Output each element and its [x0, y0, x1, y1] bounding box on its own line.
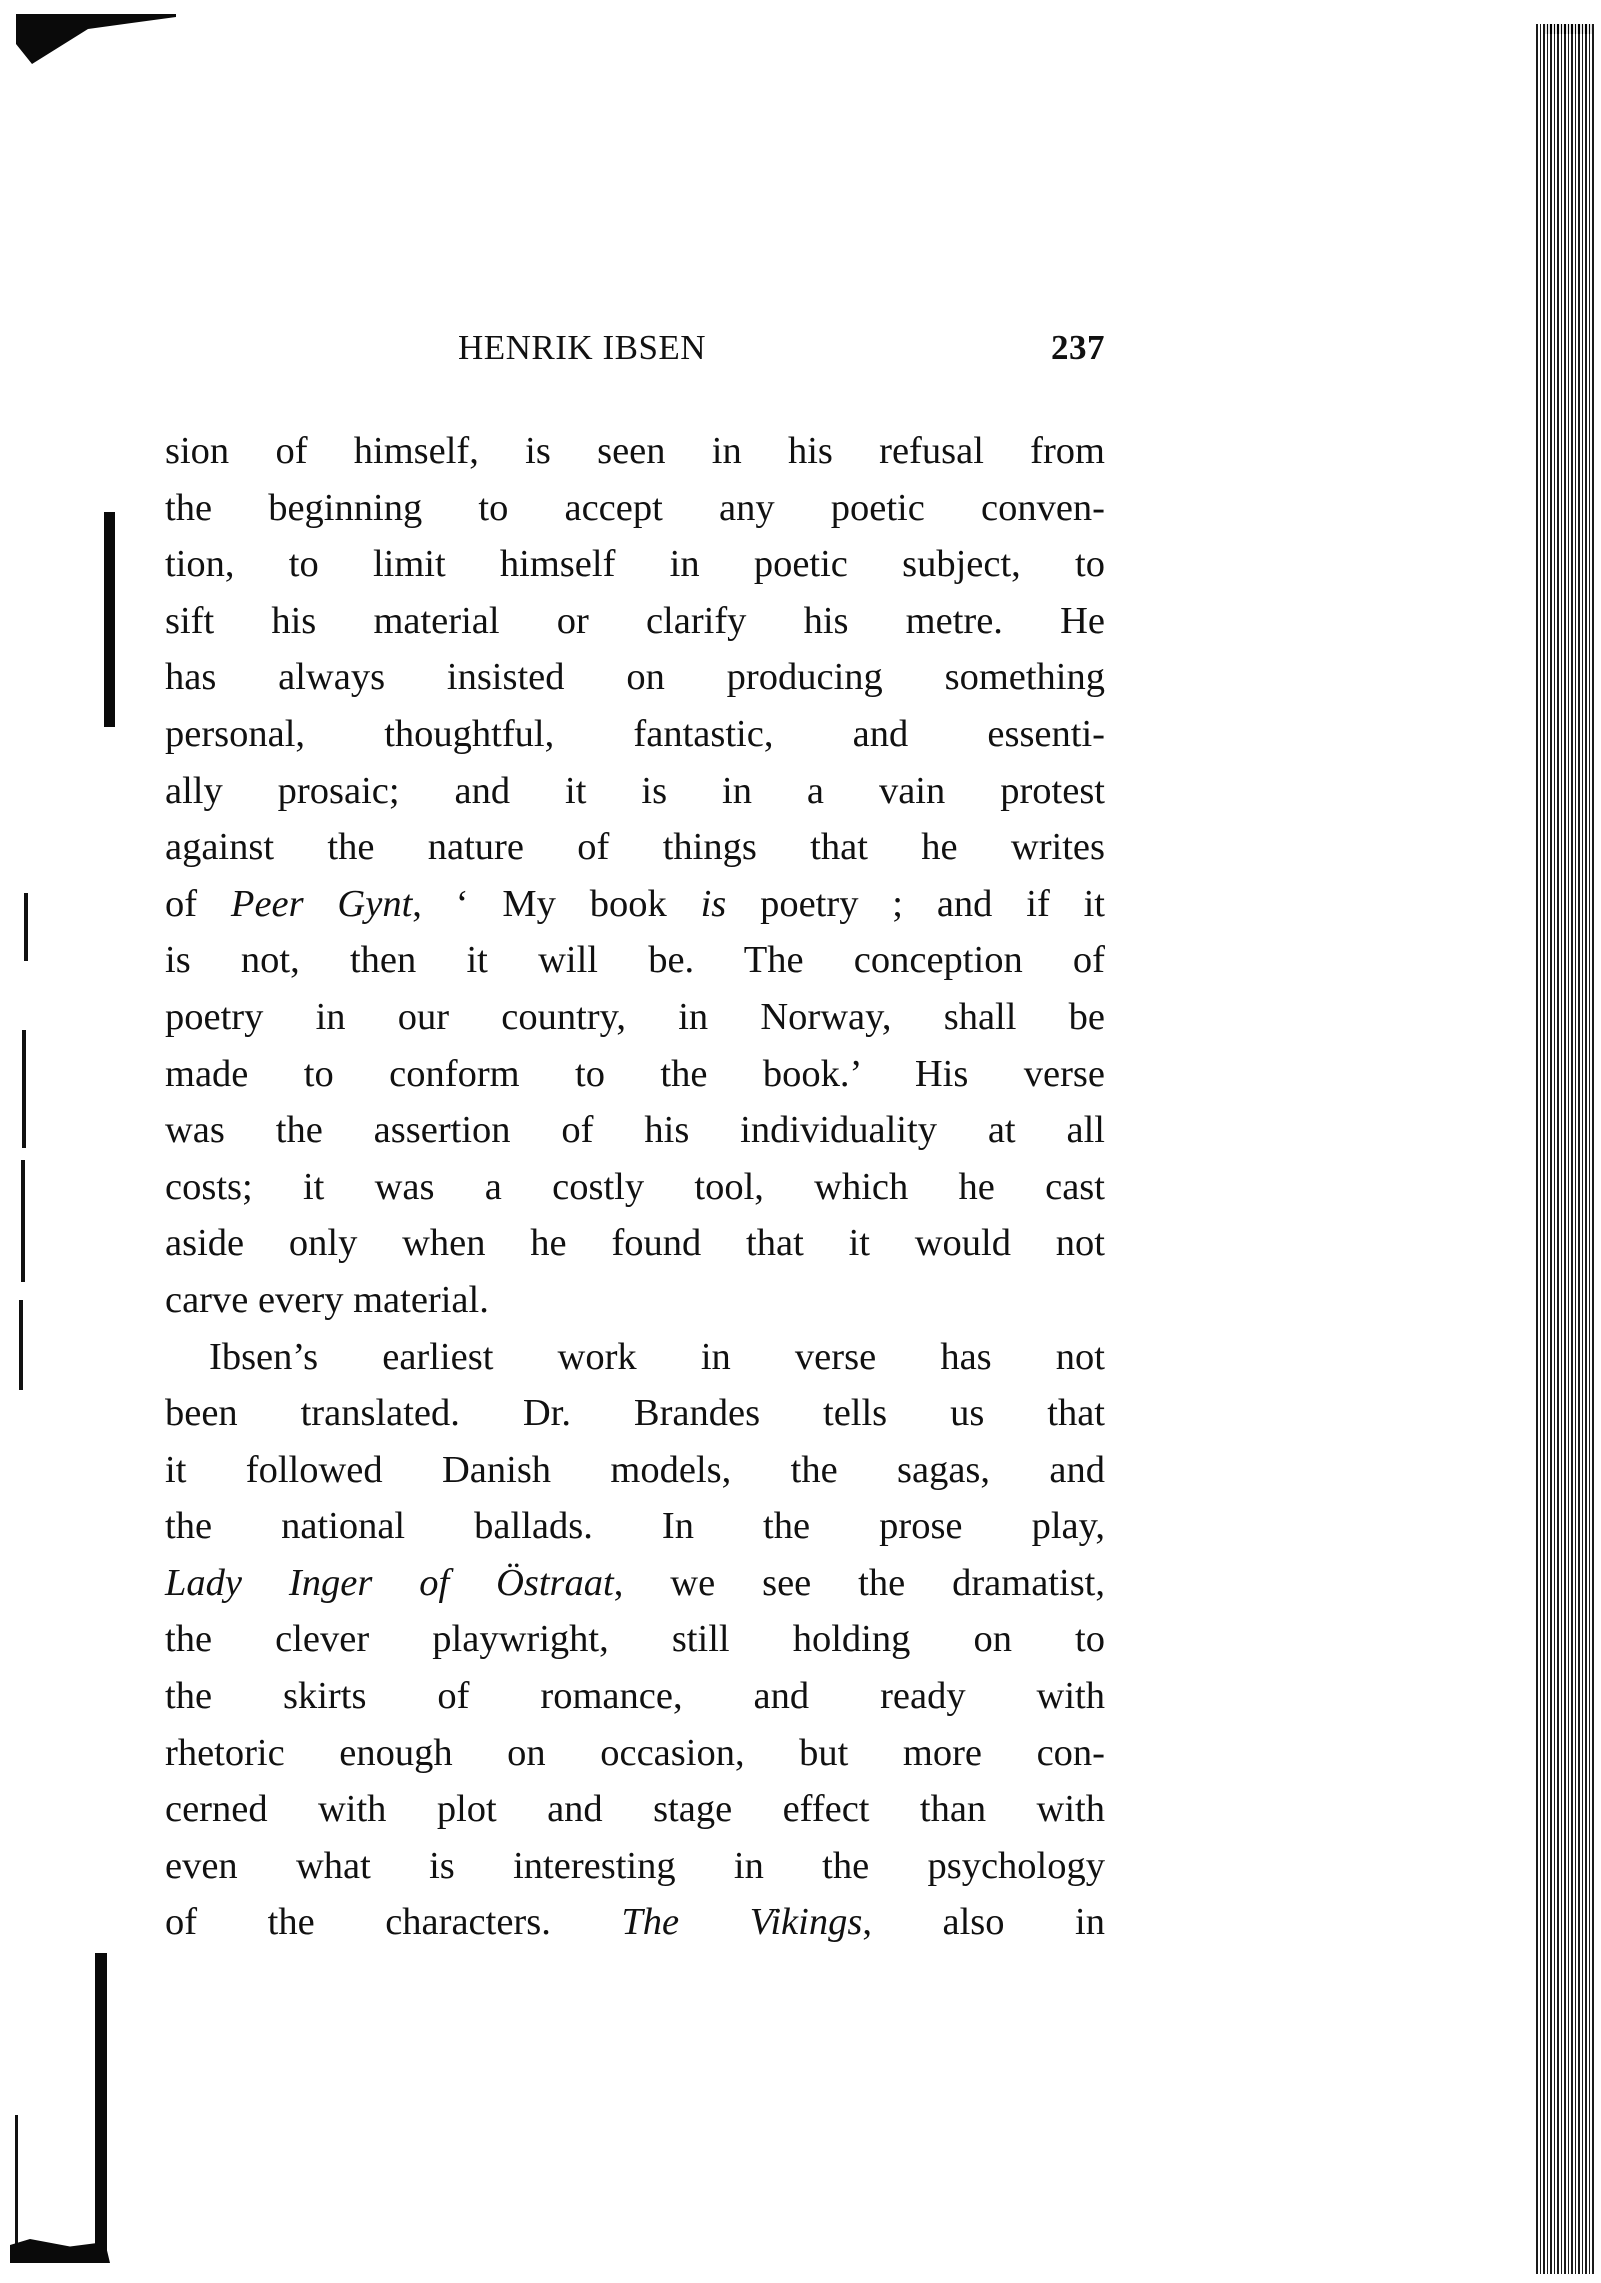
text-run: poetry in our country, in Norway, shall …	[165, 996, 1105, 1038]
text-run: costs; it was a costly tool, which he ca…	[165, 1166, 1105, 1208]
text-line: aside only when he found that it would n…	[165, 1215, 1105, 1272]
text-line: of Peer Gynt, ‘ My book is poetry ; and …	[165, 876, 1105, 933]
text-run: the national ballads. In the prose play,	[165, 1505, 1105, 1547]
scan-margin-line	[19, 1300, 23, 1390]
text-line: tion, to limit himself in poetic subject…	[165, 536, 1105, 593]
text-run: the skirts of romance, and ready with	[165, 1675, 1105, 1717]
scan-margin-line	[22, 1030, 26, 1148]
text-line: it followed Danish models, the sagas, an…	[165, 1442, 1105, 1499]
text-line: the national ballads. In the prose play,	[165, 1498, 1105, 1555]
italic-title: Peer Gynt	[231, 883, 412, 925]
text-line: carve every material.	[165, 1272, 1105, 1329]
text-run: been translated. Dr. Brandes tells us th…	[165, 1392, 1105, 1434]
paragraph: sion of himself, is seen in his refusal …	[165, 423, 1105, 1329]
italic-title: The Vikings	[621, 1901, 862, 1943]
text-run: the clever playwright, still holding on …	[165, 1618, 1105, 1660]
scan-edge-mark	[95, 1953, 107, 2263]
paragraph: Ibsen’s earliest work in verse has notbe…	[165, 1329, 1105, 1952]
running-head: HENRIK IBSEN 237	[165, 328, 1105, 378]
scan-edge-mark	[104, 512, 115, 727]
italic-title: is	[701, 883, 727, 925]
text-run: sion of himself, is seen in his refusal …	[165, 430, 1105, 472]
text-run: rhetoric enough on occasion, but more co…	[165, 1732, 1105, 1774]
text-line: personal, thoughtful, fantastic, and ess…	[165, 706, 1105, 763]
text-line: Lady Inger of Östraat, we see the dramat…	[165, 1555, 1105, 1612]
text-run: made to conform to the book.’ His verse	[165, 1053, 1105, 1095]
text-line: cerned with plot and stage effect than w…	[165, 1781, 1105, 1838]
text-line: ally prosaic; and it is in a vain protes…	[165, 763, 1105, 820]
text-run: of	[165, 883, 231, 925]
page-number: 237	[1051, 328, 1105, 368]
text-line: was the assertion of his individuality a…	[165, 1102, 1105, 1159]
text-run: aside only when he found that it would n…	[165, 1222, 1105, 1264]
text-run: , also in	[862, 1901, 1105, 1943]
text-line: rhetoric enough on occasion, but more co…	[165, 1725, 1105, 1782]
text-run: carve every material.	[165, 1279, 489, 1321]
running-head-title: HENRIK IBSEN	[458, 328, 706, 368]
text-line: costs; it was a costly tool, which he ca…	[165, 1159, 1105, 1216]
text-line: poetry in our country, in Norway, shall …	[165, 989, 1105, 1046]
text-run: against the nature of things that he wri…	[165, 826, 1105, 868]
scan-margin-line	[15, 2115, 18, 2245]
text-line: sift his material or clarify his metre. …	[165, 593, 1105, 650]
text-run: tion, to limit himself in poetic subject…	[165, 543, 1105, 585]
text-line: been translated. Dr. Brandes tells us th…	[165, 1385, 1105, 1442]
text-line: even what is interesting in the psycholo…	[165, 1838, 1105, 1895]
text-run: Ibsen’s earliest work in verse has not	[209, 1336, 1105, 1378]
text-run: ally prosaic; and it is in a vain protes…	[165, 770, 1105, 812]
body-text: sion of himself, is seen in his refusal …	[165, 423, 1105, 1951]
text-line: Ibsen’s earliest work in verse has not	[165, 1329, 1105, 1386]
text-run: is not, then it will be. The conception …	[165, 939, 1105, 981]
scan-margin-line	[21, 1160, 25, 1282]
book-page: HENRIK IBSEN 237 sion of himself, is see…	[0, 0, 1601, 2283]
text-line: made to conform to the book.’ His verse	[165, 1046, 1105, 1103]
text-run: has always insisted on producing somethi…	[165, 656, 1105, 698]
italic-title: Lady Inger of Östraat	[165, 1562, 614, 1604]
text-line: against the nature of things that he wri…	[165, 819, 1105, 876]
text-run: of the characters.	[165, 1901, 621, 1943]
text-line: has always insisted on producing somethi…	[165, 649, 1105, 706]
scan-margin-line	[24, 893, 28, 961]
text-run: , ‘ My book	[412, 883, 700, 925]
text-run: the beginning to accept any poetic conve…	[165, 487, 1105, 529]
text-line: the clever playwright, still holding on …	[165, 1611, 1105, 1668]
text-line: sion of himself, is seen in his refusal …	[165, 423, 1105, 480]
text-run: personal, thoughtful, fantastic, and ess…	[165, 713, 1105, 755]
text-run: even what is interesting in the psycholo…	[165, 1845, 1105, 1887]
text-run: was the assertion of his individuality a…	[165, 1109, 1105, 1151]
text-line: the beginning to accept any poetic conve…	[165, 480, 1105, 537]
text-line: the skirts of romance, and ready with	[165, 1668, 1105, 1725]
text-line: is not, then it will be. The conception …	[165, 932, 1105, 989]
binding-page-edges	[1536, 24, 1594, 2274]
scan-corner-smudge	[16, 14, 176, 64]
text-run: cerned with plot and stage effect than w…	[165, 1788, 1105, 1830]
text-run: , we see the dramatist,	[614, 1562, 1105, 1604]
text-run: it followed Danish models, the sagas, an…	[165, 1449, 1105, 1491]
text-line: of the characters. The Vikings, also in	[165, 1894, 1105, 1951]
text-run: poetry ; and if it	[726, 883, 1105, 925]
text-run: sift his material or clarify his metre. …	[165, 600, 1105, 642]
